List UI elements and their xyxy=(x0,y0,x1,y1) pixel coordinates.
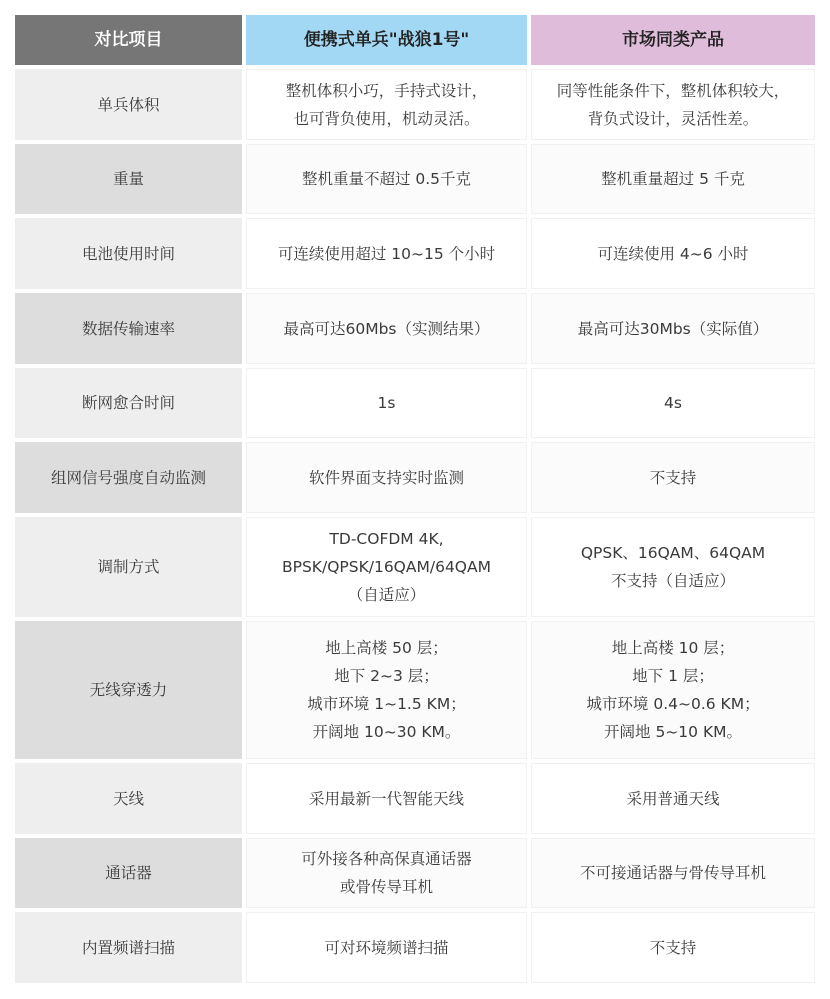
market-value-line: 城市环境 0.4~0.6 KM； xyxy=(586,690,759,718)
market-value-line: 整机重量超过 5 千克 xyxy=(601,165,745,193)
row-label: 重量 xyxy=(15,144,242,214)
header-product: 便携式单兵"战狼1号" xyxy=(246,15,527,65)
market-value-line: 采用普通天线 xyxy=(626,785,719,813)
market-value-line: 开阔地 5~10 KM。 xyxy=(586,718,759,746)
market-value-line: 可连续使用 4~6 小时 xyxy=(597,240,748,268)
market-value-cell: 采用普通天线 xyxy=(531,763,815,834)
header-market-product: 市场同类产品 xyxy=(531,15,815,65)
row-label: 天线 xyxy=(15,763,242,834)
product-value-cell: 整机体积小巧，手持式设计，也可背负使用，机动灵活。 xyxy=(246,69,527,140)
product-value-line: 地上高楼 50 层； xyxy=(307,634,465,662)
product-value-cell: 整机重量不超过 0.5千克 xyxy=(246,144,527,214)
product-value-line: 1s xyxy=(378,389,396,417)
product-value-line: 最高可达60Mbs（实测结果） xyxy=(283,315,489,343)
product-value-line: 整机重量不超过 0.5千克 xyxy=(302,165,471,193)
market-value-cell: 同等性能条件下，整机体积较大，背负式设计，灵活性差。 xyxy=(531,69,815,140)
product-value-line: 或骨传导耳机 xyxy=(301,873,472,901)
row-label: 电池使用时间 xyxy=(15,218,242,289)
table-row: 数据传输速率最高可达60Mbs（实测结果）最高可达30Mbs（实际值） xyxy=(15,293,815,364)
market-value-line: 最高可达30Mbs（实际值） xyxy=(578,315,769,343)
product-value-cell: 可外接各种高保真通话器或骨传导耳机 xyxy=(246,838,527,908)
row-label: 数据传输速率 xyxy=(15,293,242,364)
product-value-line: （自适应） xyxy=(282,581,491,609)
row-label: 内置频谱扫描 xyxy=(15,912,242,983)
product-value-line: TD-COFDM 4K, xyxy=(282,525,491,553)
market-value-cell: 不支持 xyxy=(531,442,815,513)
comparison-table: 对比项目 便携式单兵"战狼1号" 市场同类产品 单兵体积整机体积小巧，手持式设计… xyxy=(15,15,815,987)
market-value-cell: 4s xyxy=(531,368,815,438)
row-label: 组网信号强度自动监测 xyxy=(15,442,242,513)
table-header: 对比项目 便携式单兵"战狼1号" 市场同类产品 xyxy=(15,15,815,65)
table-row: 天线采用最新一代智能天线采用普通天线 xyxy=(15,763,815,834)
market-value-cell: 不支持 xyxy=(531,912,815,983)
market-value-line: 4s xyxy=(664,389,682,417)
product-value-line: BPSK/QPSK/16QAM/64QAM xyxy=(282,553,491,581)
product-value-line: 可对环境频谱扫描 xyxy=(324,934,448,962)
product-value-line: 城市环境 1~1.5 KM； xyxy=(307,690,465,718)
product-value-line: 采用最新一代智能天线 xyxy=(309,785,464,813)
market-value-line: 地下 1 层； xyxy=(586,662,759,690)
market-value-line: 同等性能条件下，整机体积较大， xyxy=(557,77,790,105)
row-label: 无线穿透力 xyxy=(15,621,242,759)
market-value-cell: 整机重量超过 5 千克 xyxy=(531,144,815,214)
market-value-cell: 不可接通话器与骨传导耳机 xyxy=(531,838,815,908)
market-value-line: 地上高楼 10 层； xyxy=(586,634,759,662)
table-row: 组网信号强度自动监测软件界面支持实时监测不支持 xyxy=(15,442,815,513)
row-label: 单兵体积 xyxy=(15,69,242,140)
row-label: 调制方式 xyxy=(15,517,242,617)
product-value-cell: 软件界面支持实时监测 xyxy=(246,442,527,513)
product-value-line: 开阔地 10~30 KM。 xyxy=(307,718,465,746)
product-value-line: 地下 2~3 层； xyxy=(307,662,465,690)
table-body: 单兵体积整机体积小巧，手持式设计，也可背负使用，机动灵活。同等性能条件下，整机体… xyxy=(15,69,815,983)
product-value-line: 可连续使用超过 10~15 个小时 xyxy=(278,240,495,268)
table-row: 通话器可外接各种高保真通话器或骨传导耳机不可接通话器与骨传导耳机 xyxy=(15,838,815,908)
row-label: 通话器 xyxy=(15,838,242,908)
table-row: 调制方式TD-COFDM 4K,BPSK/QPSK/16QAM/64QAM（自适… xyxy=(15,517,815,617)
product-value-cell: TD-COFDM 4K,BPSK/QPSK/16QAM/64QAM（自适应） xyxy=(246,517,527,617)
market-value-line: 不支持（自适应） xyxy=(581,567,765,595)
product-value-line: 软件界面支持实时监测 xyxy=(309,464,464,492)
market-value-cell: QPSK、16QAM、64QAM不支持（自适应） xyxy=(531,517,815,617)
product-value-cell: 可连续使用超过 10~15 个小时 xyxy=(246,218,527,289)
market-value-line: 不支持 xyxy=(650,464,697,492)
product-value-cell: 最高可达60Mbs（实测结果） xyxy=(246,293,527,364)
market-value-cell: 可连续使用 4~6 小时 xyxy=(531,218,815,289)
table-row: 重量整机重量不超过 0.5千克整机重量超过 5 千克 xyxy=(15,144,815,214)
product-value-line: 可外接各种高保真通话器 xyxy=(301,845,472,873)
market-value-cell: 最高可达30Mbs（实际值） xyxy=(531,293,815,364)
product-value-cell: 可对环境频谱扫描 xyxy=(246,912,527,983)
product-value-cell: 1s xyxy=(246,368,527,438)
market-value-line: 不支持 xyxy=(650,934,697,962)
market-value-line: 不可接通话器与骨传导耳机 xyxy=(580,859,766,887)
product-value-cell: 地上高楼 50 层；地下 2~3 层；城市环境 1~1.5 KM；开阔地 10~… xyxy=(246,621,527,759)
product-value-line: 也可背负使用，机动灵活。 xyxy=(286,105,488,133)
header-comparison-item: 对比项目 xyxy=(15,15,242,65)
product-value-line: 整机体积小巧，手持式设计， xyxy=(286,77,488,105)
table-row: 单兵体积整机体积小巧，手持式设计，也可背负使用，机动灵活。同等性能条件下，整机体… xyxy=(15,69,815,140)
market-value-line: QPSK、16QAM、64QAM xyxy=(581,539,765,567)
row-label: 断网愈合时间 xyxy=(15,368,242,438)
table-row: 电池使用时间可连续使用超过 10~15 个小时可连续使用 4~6 小时 xyxy=(15,218,815,289)
product-value-cell: 采用最新一代智能天线 xyxy=(246,763,527,834)
table-row: 断网愈合时间1s4s xyxy=(15,368,815,438)
table-row: 无线穿透力地上高楼 50 层；地下 2~3 层；城市环境 1~1.5 KM；开阔… xyxy=(15,621,815,759)
market-value-cell: 地上高楼 10 层；地下 1 层；城市环境 0.4~0.6 KM；开阔地 5~1… xyxy=(531,621,815,759)
table-row: 内置频谱扫描可对环境频谱扫描不支持 xyxy=(15,912,815,983)
market-value-line: 背负式设计，灵活性差。 xyxy=(557,105,790,133)
